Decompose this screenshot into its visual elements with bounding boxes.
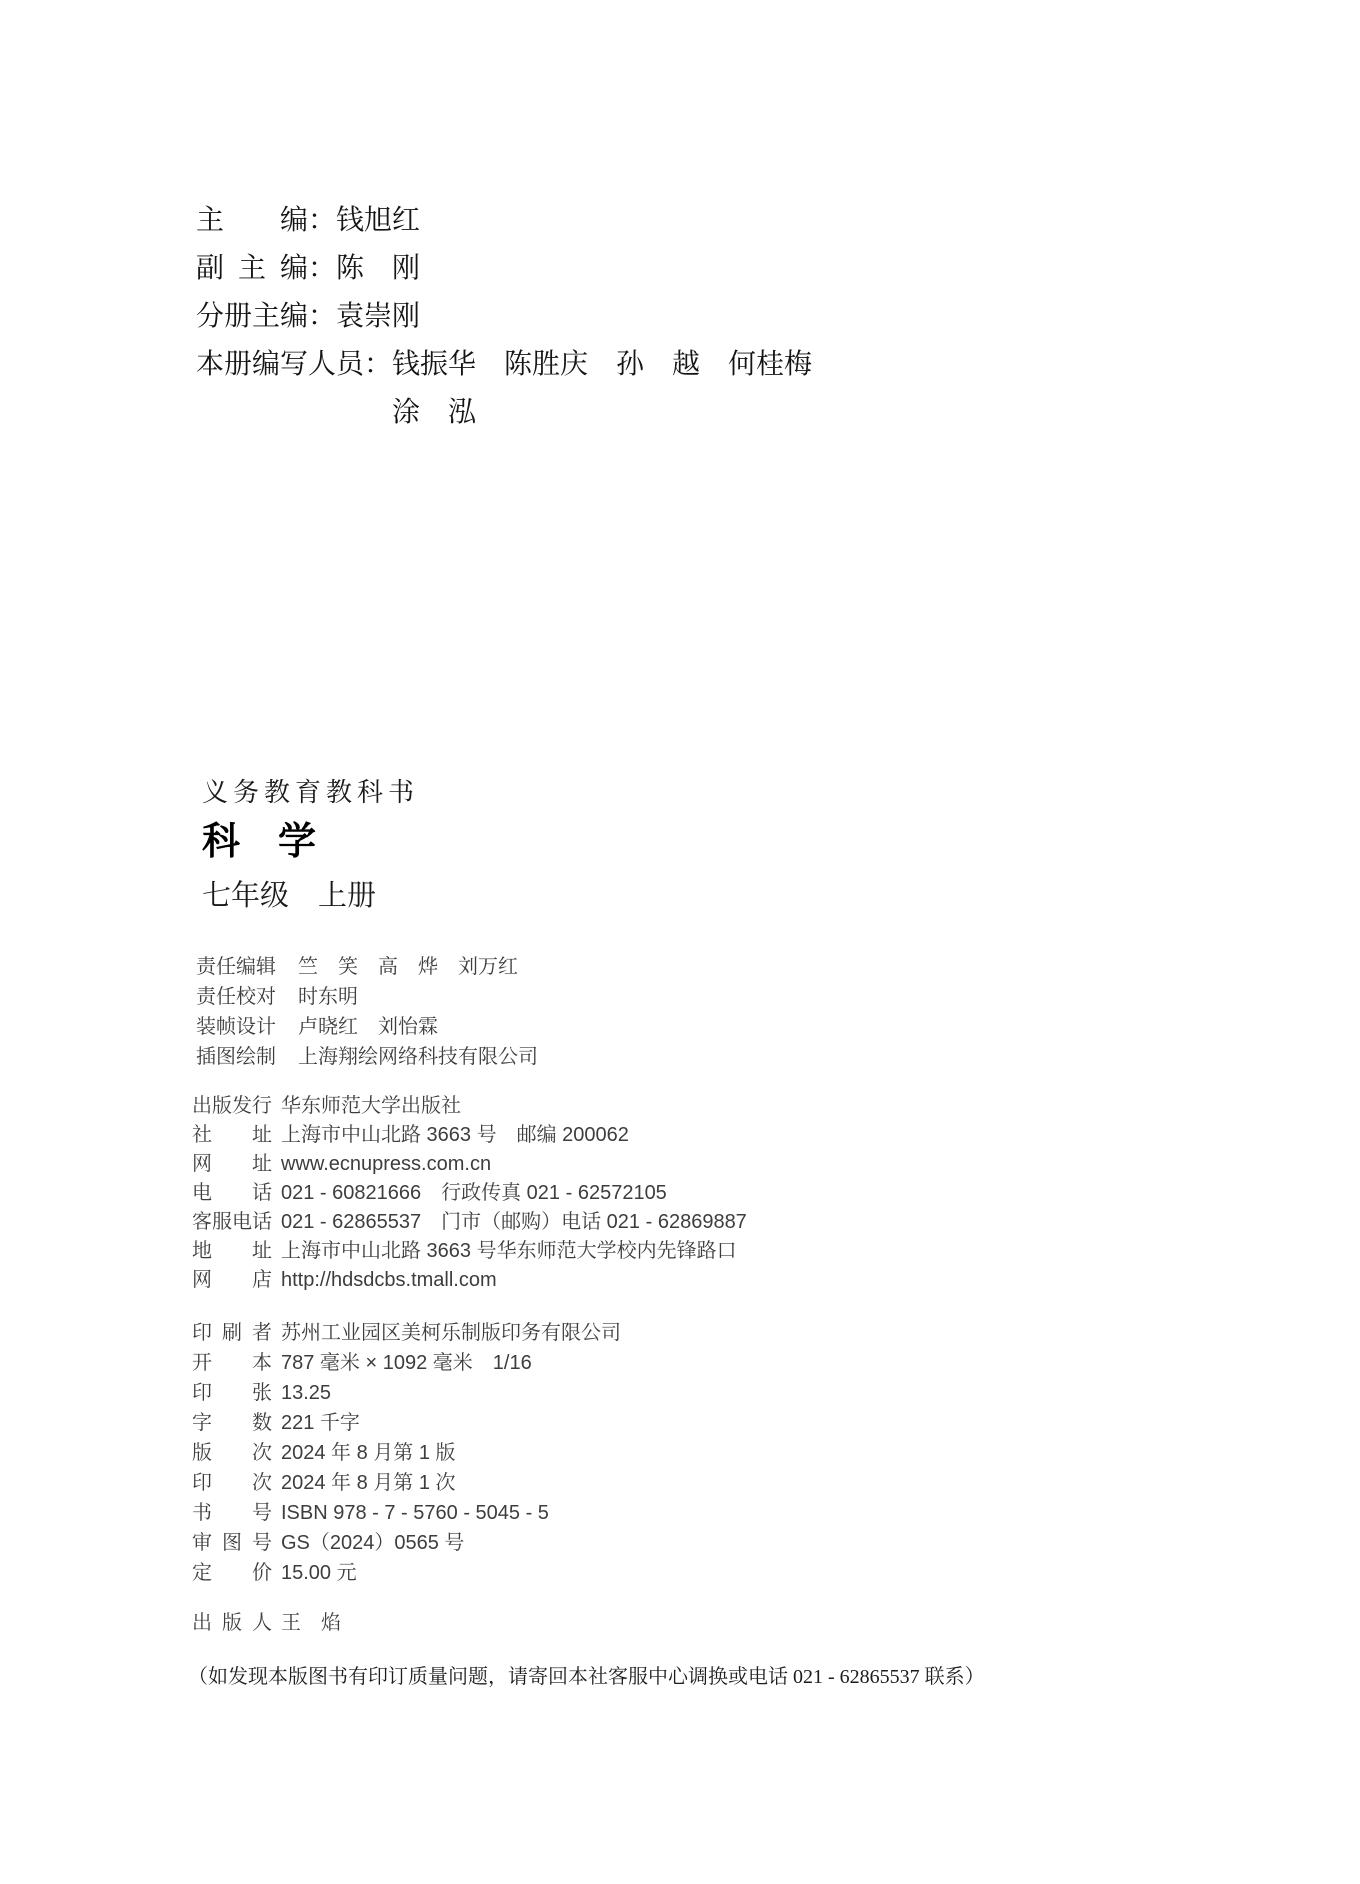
- publisher-label: 出版发行: [192, 1092, 272, 1121]
- printing-label: 字数: [192, 1408, 272, 1438]
- publisher-value: www.ecnupress.com.cn: [281, 1153, 491, 1175]
- colon: ：: [308, 253, 336, 284]
- printing-label: 印刷者: [192, 1318, 272, 1348]
- compilers-continuation: 涂 泓: [392, 389, 812, 437]
- printing-block: 印刷者苏州工业园区美柯乐制版印务有限公司 开本787 毫米 × 1092 毫米 …: [192, 1318, 621, 1588]
- printing-value: 221 千字: [281, 1412, 360, 1434]
- printing-row: 版次2024 年 8 月第 1 版: [192, 1438, 621, 1468]
- deputy-chief-editor-label: 副主编: [196, 245, 308, 293]
- printing-label: 审图号: [192, 1528, 272, 1558]
- chief-editor-value: 钱旭红: [336, 205, 420, 236]
- credits-label: 责任校对: [196, 982, 276, 1012]
- editors-block: 主编：钱旭红 副主编：陈 刚 分册主编：袁崇刚 本册编写人员：钱振华 陈胜庆 孙…: [196, 197, 812, 437]
- credits-row: 责任校对时东明: [196, 982, 538, 1012]
- printing-label: 印张: [192, 1378, 272, 1408]
- compilers-value: 钱振华 陈胜庆 孙 越 何桂梅: [392, 349, 812, 380]
- series-title: 义务教育教科书: [202, 776, 419, 810]
- printing-value: 13.25: [281, 1382, 331, 1404]
- quality-notice: （如发现本版图书有印订质量问题，请寄回本社客服中心调换或电话 021 - 628…: [188, 1662, 985, 1692]
- printing-value: 787 毫米 × 1092 毫米 1/16: [281, 1352, 532, 1374]
- publisher-label: 电话: [192, 1179, 272, 1208]
- colophon-page: 主编：钱旭红 副主编：陈 刚 分册主编：袁崇刚 本册编写人员：钱振华 陈胜庆 孙…: [0, 0, 1360, 1884]
- publisher-person-row: 出版人王 焰: [192, 1608, 341, 1638]
- credits-value: 竺 笑 高 烨 刘万红: [298, 956, 518, 978]
- compilers-label: 本册编写人员: [196, 341, 364, 389]
- credits-value: 卢晓红 刘怡霖: [298, 1016, 438, 1038]
- publisher-value: 021 - 60821666 行政传真 021 - 62572105: [281, 1182, 667, 1204]
- credits-label: 装帧设计: [196, 1012, 276, 1042]
- grade-volume: 七年级 上册: [202, 876, 376, 916]
- volume-editor-value: 袁崇刚: [336, 301, 420, 332]
- credits-row: 装帧设计卢晓红 刘怡霖: [196, 1012, 538, 1042]
- printing-label: 定价: [192, 1558, 272, 1588]
- compilers-row: 本册编写人员：钱振华 陈胜庆 孙 越 何桂梅: [196, 341, 812, 389]
- printing-row: 书号ISBN 978 - 7 - 5760 - 5045 - 5: [192, 1498, 621, 1528]
- credits-row: 插图绘制上海翔绘网络科技有限公司: [196, 1042, 538, 1072]
- volume-editor-label: 分册主编: [196, 293, 308, 341]
- publisher-person-label: 出版人: [192, 1608, 272, 1638]
- printing-label: 版次: [192, 1438, 272, 1468]
- publisher-block: 出版发行华东师范大学出版社 社址上海市中山北路 3663 号 邮编 200062…: [192, 1092, 747, 1295]
- book-title: 科 学: [202, 818, 316, 866]
- publisher-value: http://hdsdcbs.tmall.com: [281, 1269, 497, 1291]
- publisher-row: 网址www.ecnupress.com.cn: [192, 1150, 747, 1179]
- publisher-value: 华东师范大学出版社: [281, 1095, 461, 1117]
- printing-value: 15.00 元: [281, 1562, 357, 1584]
- chief-editor-row: 主编：钱旭红: [196, 197, 812, 245]
- printing-value: 苏州工业园区美柯乐制版印务有限公司: [281, 1322, 621, 1344]
- publisher-row: 出版发行华东师范大学出版社: [192, 1092, 747, 1121]
- publisher-value: 上海市中山北路 3663 号 邮编 200062: [281, 1124, 629, 1146]
- publisher-row: 电话021 - 60821666 行政传真 021 - 62572105: [192, 1179, 747, 1208]
- printing-row: 定价15.00 元: [192, 1558, 621, 1588]
- credits-value: 上海翔绘网络科技有限公司: [298, 1046, 538, 1068]
- credits-label: 责任编辑: [196, 952, 276, 982]
- printing-value: 2024 年 8 月第 1 次: [281, 1472, 456, 1494]
- volume-editor-row: 分册主编：袁崇刚: [196, 293, 812, 341]
- publisher-label: 客服电话: [192, 1208, 272, 1237]
- publisher-label: 地址: [192, 1237, 272, 1266]
- printing-label: 印次: [192, 1468, 272, 1498]
- publisher-row: 社址上海市中山北路 3663 号 邮编 200062: [192, 1121, 747, 1150]
- publisher-person-value: 王 焰: [281, 1612, 341, 1634]
- printing-row: 开本787 毫米 × 1092 毫米 1/16: [192, 1348, 621, 1378]
- colon: ：: [308, 205, 336, 236]
- publisher-value: 021 - 62865537 门市（邮购）电话 021 - 62869887: [281, 1211, 747, 1233]
- credits-value: 时东明: [298, 986, 358, 1008]
- publisher-label: 网址: [192, 1150, 272, 1179]
- printing-row: 字数221 千字: [192, 1408, 621, 1438]
- publisher-row: 网店http://hdsdcbs.tmall.com: [192, 1266, 747, 1295]
- credits-label: 插图绘制: [196, 1042, 276, 1072]
- publisher-row: 客服电话021 - 62865537 门市（邮购）电话 021 - 628698…: [192, 1208, 747, 1237]
- colon: ：: [308, 301, 336, 332]
- deputy-chief-editor-row: 副主编：陈 刚: [196, 245, 812, 293]
- printing-value: ISBN 978 - 7 - 5760 - 5045 - 5: [281, 1502, 549, 1524]
- printing-value: GS（2024）0565 号: [281, 1532, 464, 1554]
- publisher-value: 上海市中山北路 3663 号华东师范大学校内先锋路口: [281, 1240, 737, 1262]
- deputy-chief-editor-value: 陈 刚: [336, 253, 420, 284]
- credits-block: 责任编辑竺 笑 高 烨 刘万红 责任校对时东明 装帧设计卢晓红 刘怡霖 插图绘制…: [196, 952, 538, 1072]
- chief-editor-label: 主编: [196, 197, 308, 245]
- printing-row: 印次2024 年 8 月第 1 次: [192, 1468, 621, 1498]
- printing-row: 印刷者苏州工业园区美柯乐制版印务有限公司: [192, 1318, 621, 1348]
- publisher-label: 社址: [192, 1121, 272, 1150]
- printing-row: 审图号GS（2024）0565 号: [192, 1528, 621, 1558]
- printing-label: 开本: [192, 1348, 272, 1378]
- colon: ：: [364, 349, 392, 380]
- printing-row: 印张13.25: [192, 1378, 621, 1408]
- printing-label: 书号: [192, 1498, 272, 1528]
- publisher-label: 网店: [192, 1266, 272, 1295]
- credits-row: 责任编辑竺 笑 高 烨 刘万红: [196, 952, 538, 982]
- publisher-row: 地址上海市中山北路 3663 号华东师范大学校内先锋路口: [192, 1237, 747, 1266]
- printing-value: 2024 年 8 月第 1 版: [281, 1442, 456, 1464]
